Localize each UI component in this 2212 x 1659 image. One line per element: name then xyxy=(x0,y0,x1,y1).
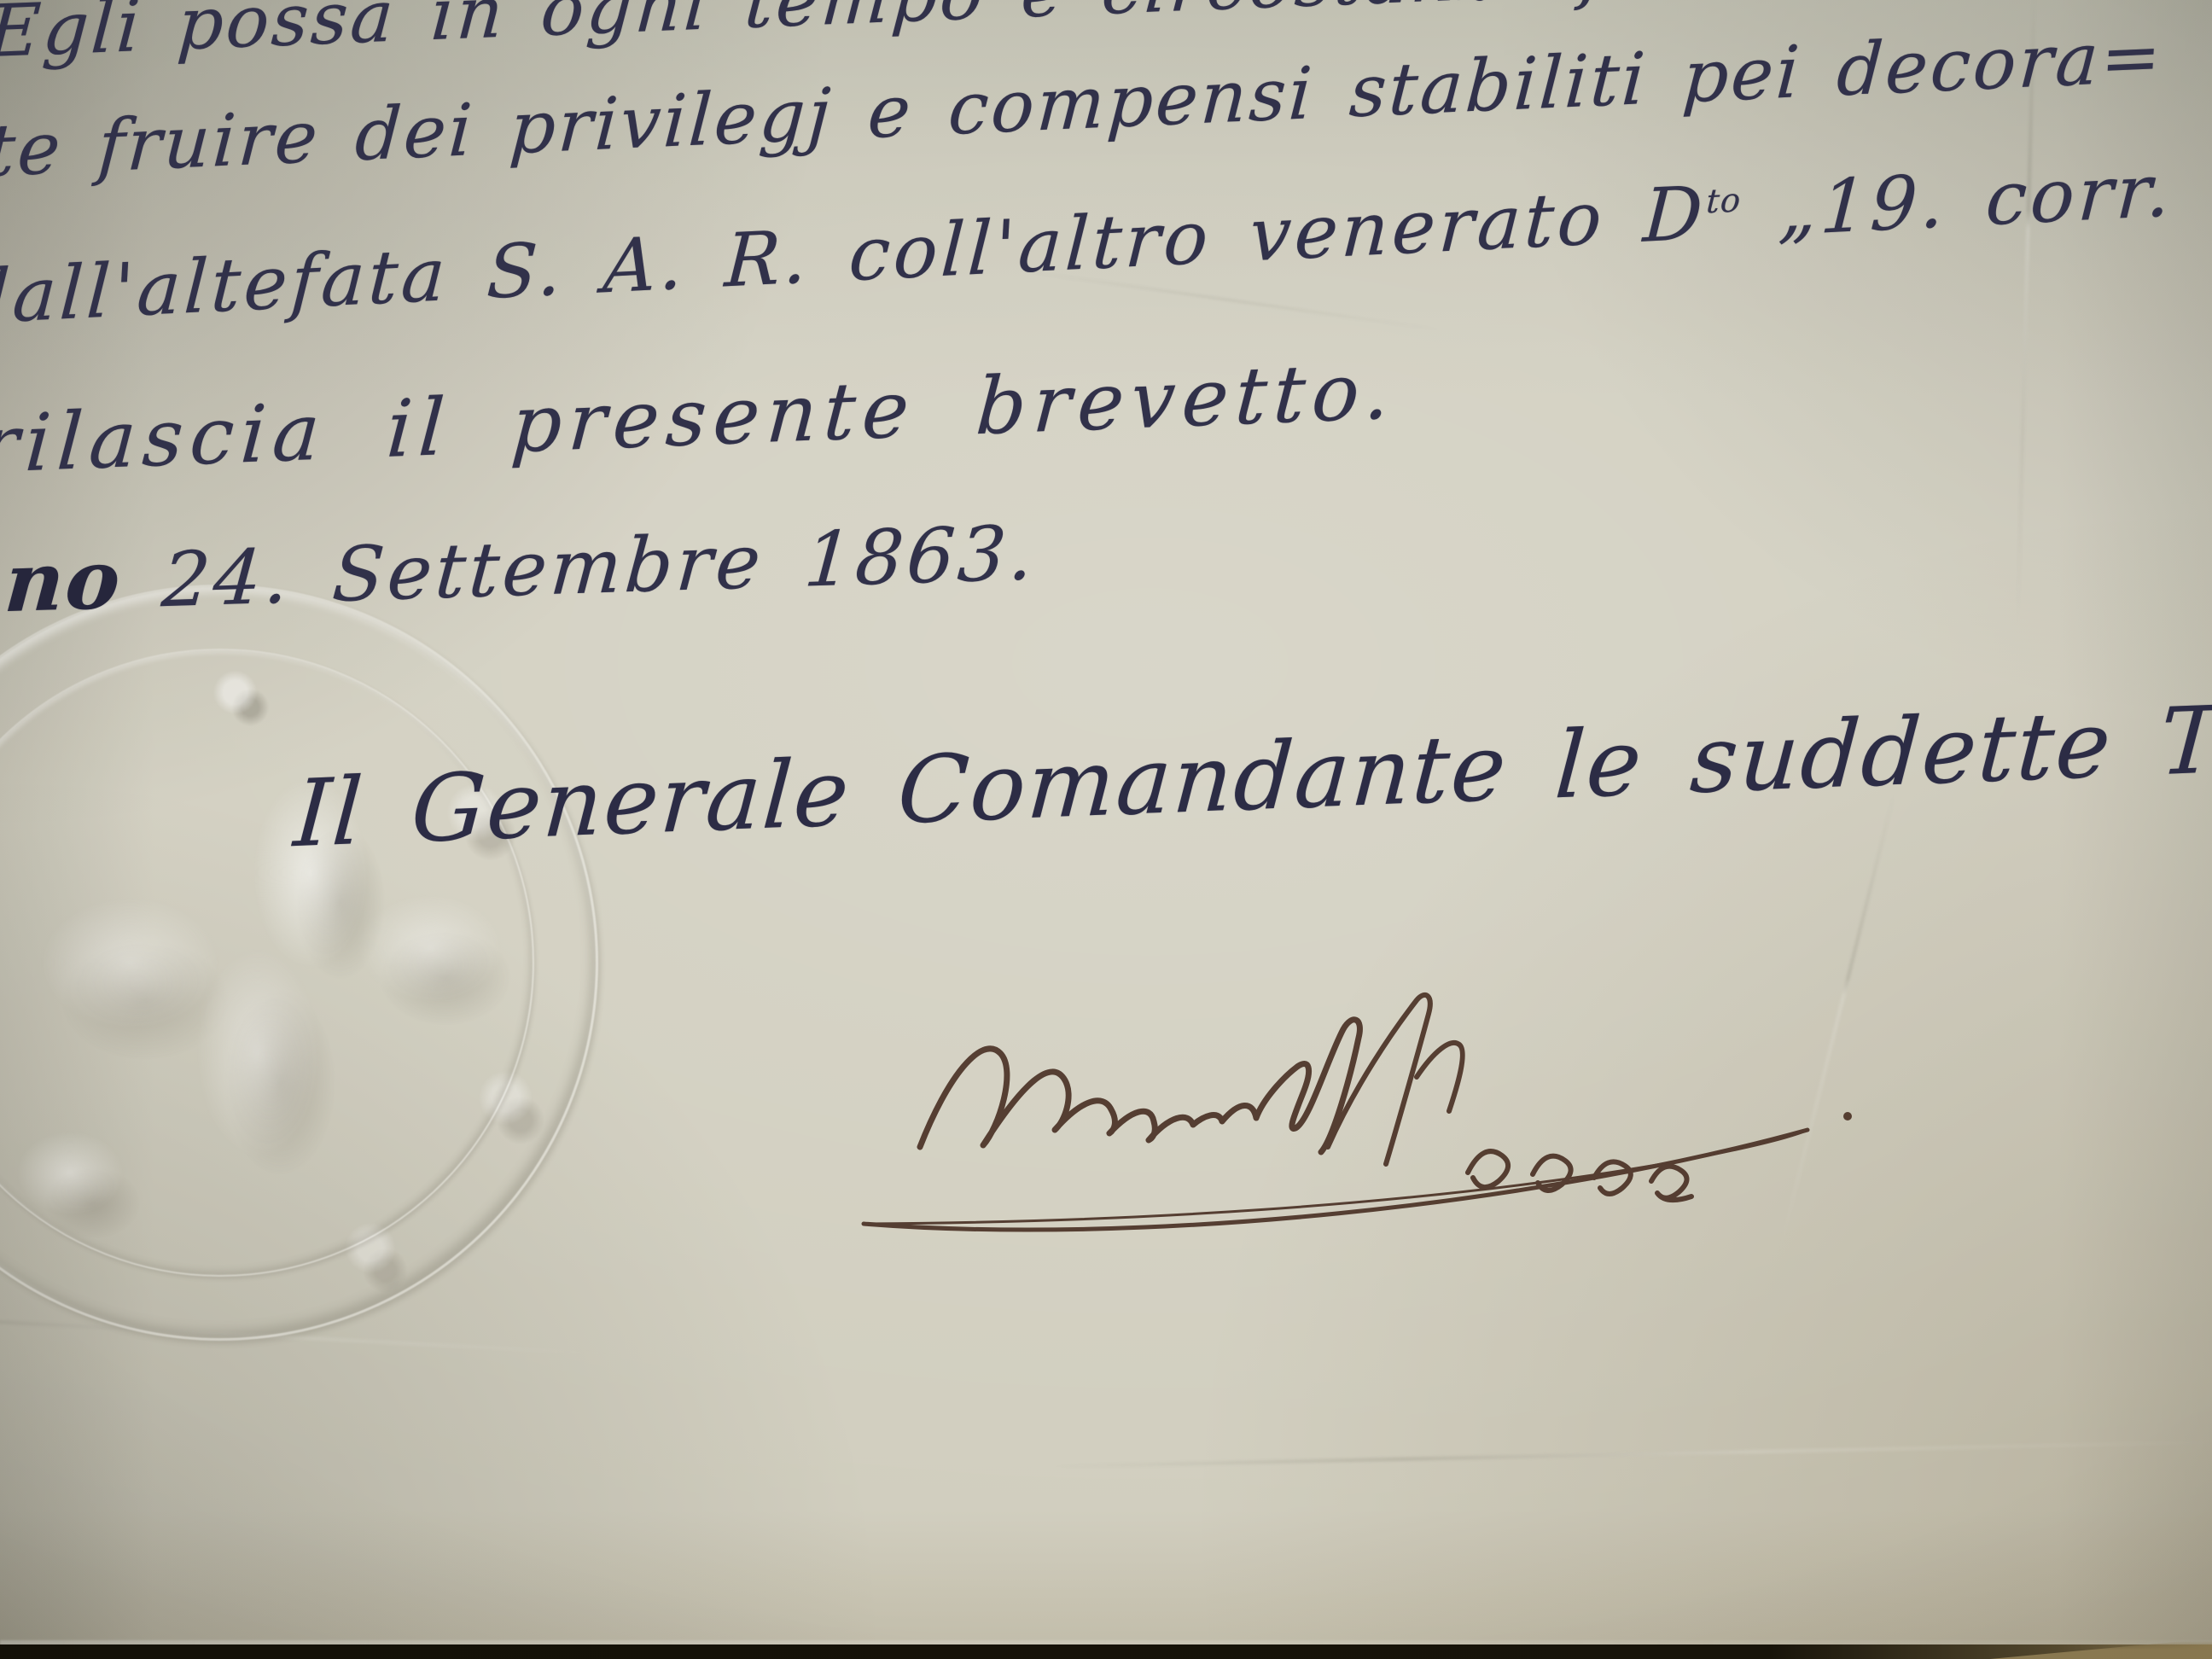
dark-table-edge xyxy=(0,1644,2212,1659)
document-photo: Egli possa in ogni tempo e circostanza f… xyxy=(0,0,2212,1659)
decree-superscript: to xyxy=(1705,181,1742,221)
place-fragment: no xyxy=(2,533,125,632)
signature-autograph xyxy=(819,949,1929,1256)
